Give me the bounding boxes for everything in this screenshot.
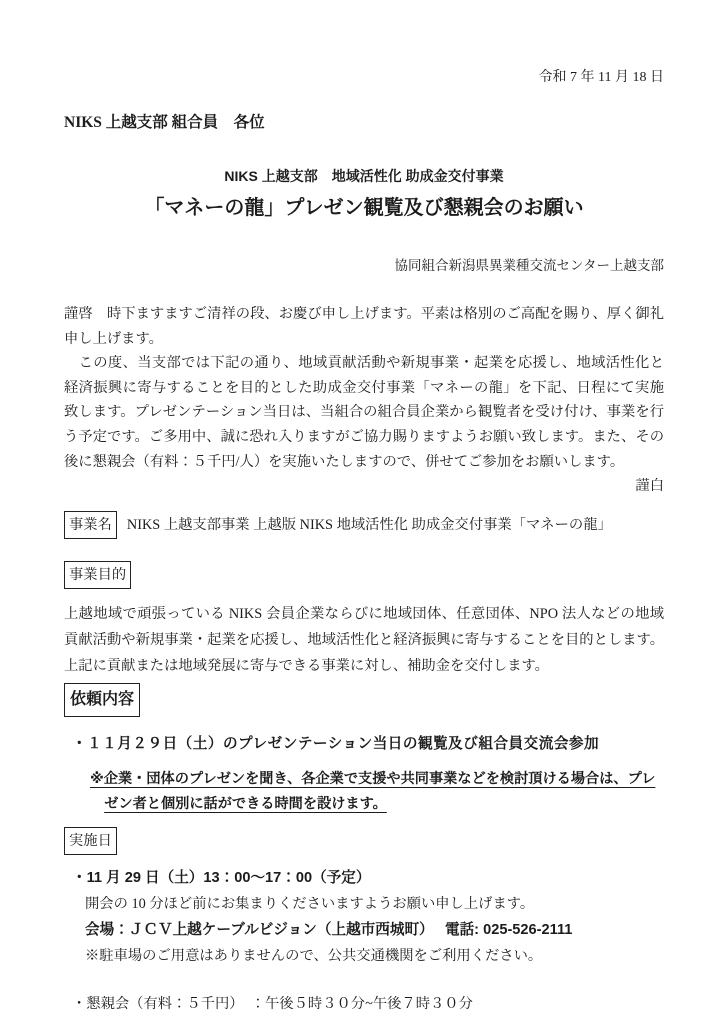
- project-name-value: NIKS 上越支部事業 上越版 NIKS 地域活性化 助成金交付事業「マネーの龍…: [127, 517, 612, 533]
- venue-line: 会場：ＪＣＶ上越ケーブルビジョン（上越市西城町） 電話: 025-526-211…: [85, 917, 664, 943]
- schedule-block: ・11 月 29 日（土）13：00～17：00（予定） 開会の 10 分ほど前…: [64, 865, 664, 969]
- request-item: ・１１月２９日（土）のプレゼンテーション当日の観覧及び組合員交流会参加: [72, 733, 664, 755]
- program-subtitle: NIKS 上越支部 地域活性化 助成金交付事業: [64, 166, 664, 186]
- schedule-label-row: 実施日: [64, 827, 664, 855]
- schedule-date: ・11 月 29 日（土）13：00～17：00（予定）: [72, 865, 664, 891]
- document-title: 「マネーの龍」プレゼン観覧及び懇親会のお願い: [64, 193, 664, 223]
- project-name-label: 事業名: [64, 511, 117, 539]
- request-label: 依頼内容: [64, 683, 140, 717]
- schedule-note: 開会の 10 分ほど前にお集まりくださいますようお願い申し上げます。: [85, 891, 664, 917]
- body-paragraph: この度、当支部では下記の通り、地域貢献活動や新規事業・起業を応援し、地域活性化と…: [64, 351, 664, 474]
- request-label-row: 依頼内容: [64, 683, 664, 717]
- closing-word: 謹白: [64, 474, 664, 499]
- purpose-label-row: 事業目的: [64, 561, 664, 589]
- document-content: 令和 7 年 11 月 18 日 NIKS 上越支部 組合員 各位 NIKS 上…: [0, 0, 724, 1015]
- schedule-label: 実施日: [64, 827, 117, 855]
- party-line: ・懇親会（有料：５千円） ：午後５時３０分~午後７時３０分: [72, 993, 664, 1015]
- document-page: 令和 7 年 11 月 18 日 NIKS 上越支部 組合員 各位 NIKS 上…: [0, 0, 724, 1024]
- purpose-label: 事業目的: [64, 561, 131, 589]
- venue-note: ※駐車場のご用意はありませんので、公共交通機関をご利用ください。: [85, 943, 664, 969]
- request-note: ※企業・団体のプレゼンを聞き、各企業で支援や共同事業などを検討頂ける場合は、プレ…: [90, 767, 664, 817]
- document-date: 令和 7 年 11 月 18 日: [64, 68, 664, 88]
- sender-organization: 協同組合新潟県異業種交流センター上越支部: [64, 256, 664, 276]
- purpose-paragraph: 上越地域で頑張っている NIKS 会員企業ならびに地域団体、任意団体、NPO 法…: [64, 601, 664, 679]
- recipient-line: NIKS 上越支部 組合員 各位: [64, 112, 664, 134]
- greeting-paragraph: 謹啓 時下ますますご清祥の段、お慶び申し上げます。平素は格別のご高配を賜り、厚く…: [64, 302, 664, 351]
- project-name-row: 事業名NIKS 上越支部事業 上越版 NIKS 地域活性化 助成金交付事業「マネ…: [64, 511, 664, 539]
